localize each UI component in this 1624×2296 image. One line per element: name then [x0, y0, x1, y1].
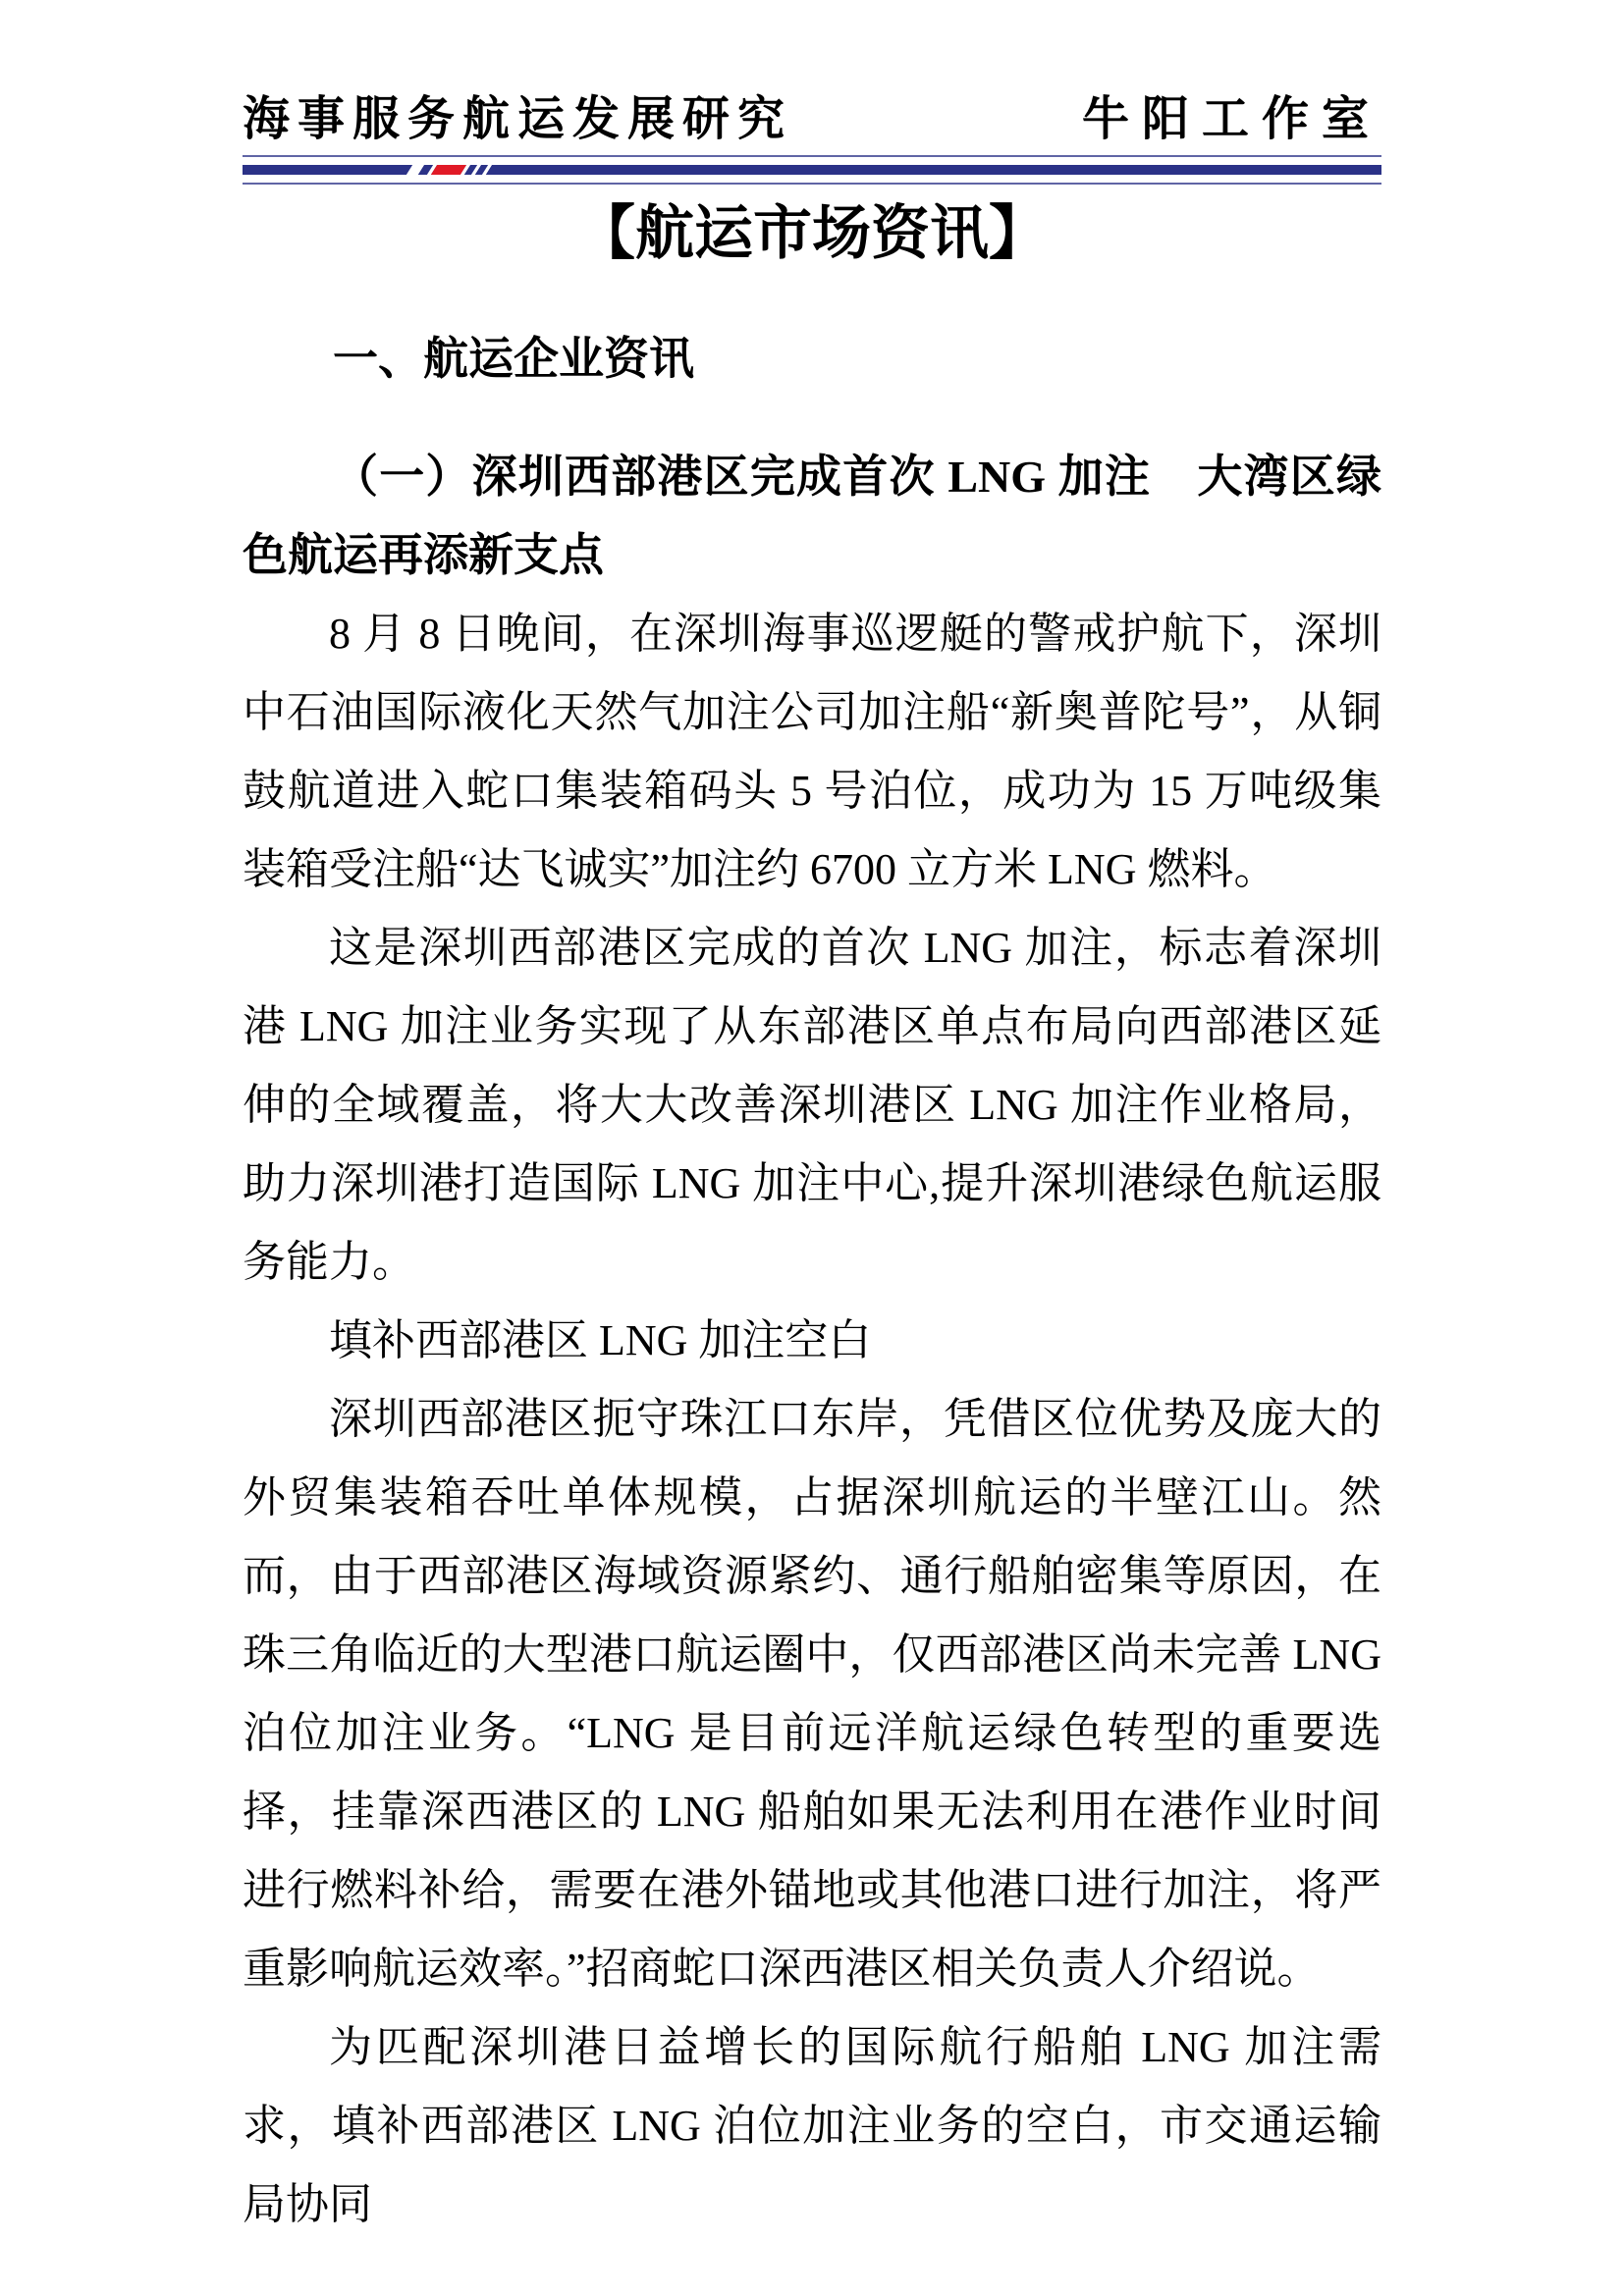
masthead-right-title: 牛阳工作室	[1082, 94, 1381, 145]
divider-stripe-accent	[409, 165, 496, 175]
body-paragraph: 为匹配深圳港日益增长的国际航行船舶 LNG 加注需求，填补西部港区 LNG 泊位…	[243, 2008, 1381, 2244]
article-body: 8 月 8 日晚间，在深圳海事巡逻艇的警戒护航下，深圳中石油国际液化天然气加注公…	[243, 595, 1381, 2244]
article-heading: （一）深圳西部港区完成首次 LNG 加注 大湾区绿色航运再添新支点	[243, 438, 1381, 595]
masthead-text-row: 海事服务航运发展研究 牛阳工作室	[243, 94, 1381, 145]
page-title: 【航运市场资讯】	[243, 200, 1381, 267]
body-paragraph: 填补西部港区 LNG 加注空白	[243, 1302, 1381, 1380]
body-paragraph: 8 月 8 日晚间，在深圳海事巡逻艇的警戒护航下，深圳中石油国际液化天然气加注公…	[243, 595, 1381, 909]
masthead-thin-rule-bottom	[243, 183, 1381, 185]
masthead-thin-rule-top	[243, 155, 1381, 157]
body-paragraph: 深圳西部港区扼守珠江口东岸，凭借区位优势及庞大的外贸集装箱吞吐单体规模，占据深圳…	[243, 1380, 1381, 2008]
body-paragraph: 这是深圳西部港区完成的首次 LNG 加注，标志着深圳港 LNG 加注业务实现了从…	[243, 909, 1381, 1302]
masthead: 海事服务航运发展研究 牛阳工作室	[243, 0, 1381, 185]
masthead-divider-bar	[243, 165, 1381, 175]
section-heading: 一、航运企业资讯	[243, 330, 1381, 387]
masthead-left-title: 海事服务航运发展研究	[243, 94, 792, 145]
document-page: 海事服务航运发展研究 牛阳工作室	[0, 0, 1624, 2296]
